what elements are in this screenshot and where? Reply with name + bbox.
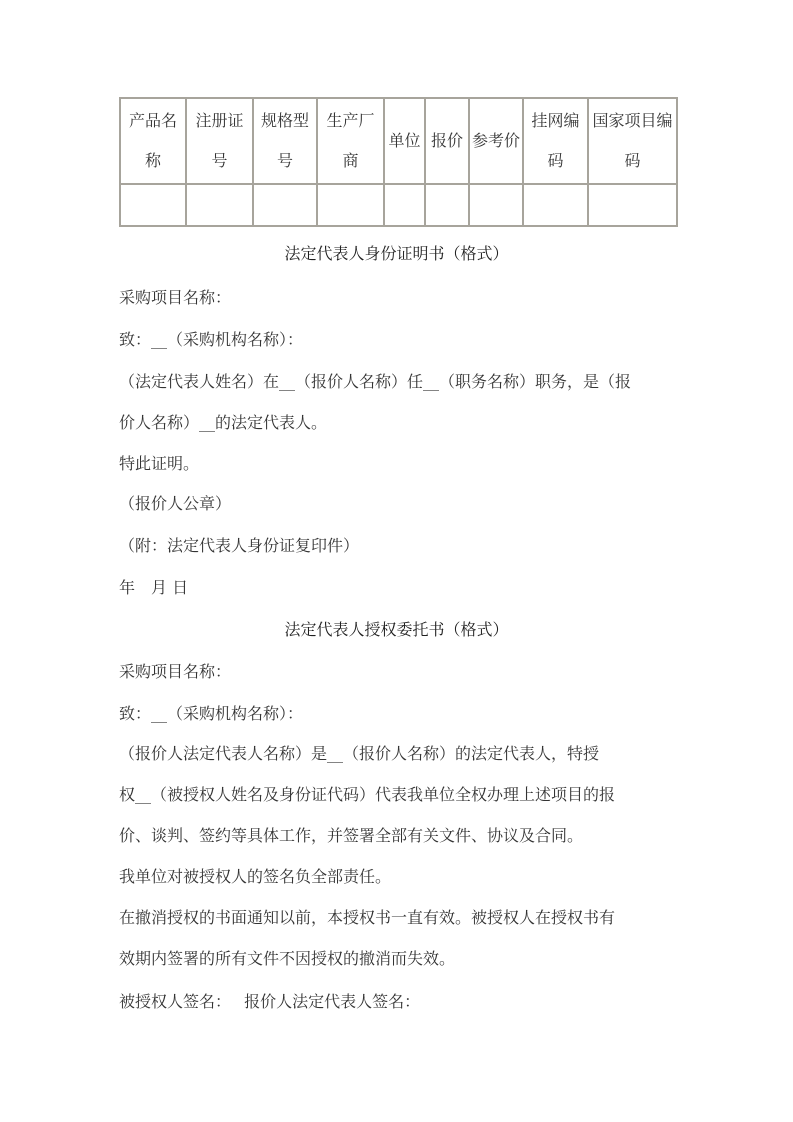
- table-cell: [523, 184, 588, 226]
- s1-certify-text: 特此证明。: [119, 451, 679, 474]
- s1-body-line-1: （法定代表人姓名）在__（报价人名称）任__（职务名称）职务，是（报: [119, 369, 679, 392]
- header-national-project-code: 国家项目编码: [588, 98, 677, 184]
- table-cell: [425, 184, 469, 226]
- s1-attachment-text: （附：法定代表人身份证复印件）: [119, 533, 679, 556]
- header-unit: 单位: [384, 98, 425, 184]
- header-product-name: 产品名称: [120, 98, 186, 184]
- s2-body-line-2: 权__（被授权人姓名及身份证代码）代表我单位全权办理上述项目的报: [119, 782, 679, 805]
- header-registration-no: 注册证号: [186, 98, 253, 184]
- s2-responsibility-text: 我单位对被授权人的签名负全部责任。: [119, 864, 679, 887]
- table-cell: [588, 184, 677, 226]
- s1-body-line-2: 价人名称）__的法定代表人。: [119, 410, 679, 433]
- table-row: [120, 184, 677, 226]
- table-cell: [469, 184, 523, 226]
- header-quote: 报价: [425, 98, 469, 184]
- s2-addressee-line: 致：__（采购机构名称）：: [119, 701, 679, 724]
- s1-project-name-label: 采购项目名称：: [119, 285, 679, 308]
- table-cell: [186, 184, 253, 226]
- table-cell: [253, 184, 317, 226]
- s2-validity-line-1: 在撤消授权的书面通知以前，本授权书一直有效。被授权人在授权书有: [119, 905, 679, 928]
- s2-body-line-1: （报价人法定代表人名称）是__（报价人名称）的法定代表人，特授: [119, 741, 679, 764]
- identity-certificate-title: 法定代表人身份证明书（格式）: [0, 241, 793, 264]
- s1-date-line: 年 月 日: [119, 575, 679, 598]
- header-reference-price: 参考价: [469, 98, 523, 184]
- s1-addressee-line: 致：__（采购机构名称）：: [119, 327, 679, 350]
- s2-signature-line: 被授权人签名： 报价人法定代表人签名：: [119, 989, 679, 1012]
- table-cell: [120, 184, 186, 226]
- product-quote-table: 产品名称 注册证号 规格型号 生产厂商 单位 报价 参考价 挂网编码 国家项目编…: [119, 97, 678, 227]
- s2-body-line-3: 价、谈判、签约等具体工作，并签署全部有关文件、协议及合同。: [119, 823, 679, 846]
- table-header-row: 产品名称 注册证号 规格型号 生产厂商 单位 报价 参考价 挂网编码 国家项目编…: [120, 98, 677, 184]
- s2-validity-line-2: 效期内签署的所有文件不因授权的撤消而失效。: [119, 946, 679, 969]
- s2-project-name-label: 采购项目名称：: [119, 659, 679, 682]
- table-cell: [317, 184, 384, 226]
- s1-seal-text: （报价人公章）: [119, 491, 679, 514]
- document-page: 产品名称 注册证号 规格型号 生产厂商 单位 报价 参考价 挂网编码 国家项目编…: [0, 0, 793, 1122]
- header-manufacturer: 生产厂商: [317, 98, 384, 184]
- header-spec-model: 规格型号: [253, 98, 317, 184]
- table-cell: [384, 184, 425, 226]
- authorization-letter-title: 法定代表人授权委托书（格式）: [0, 617, 793, 640]
- header-listing-code: 挂网编码: [523, 98, 588, 184]
